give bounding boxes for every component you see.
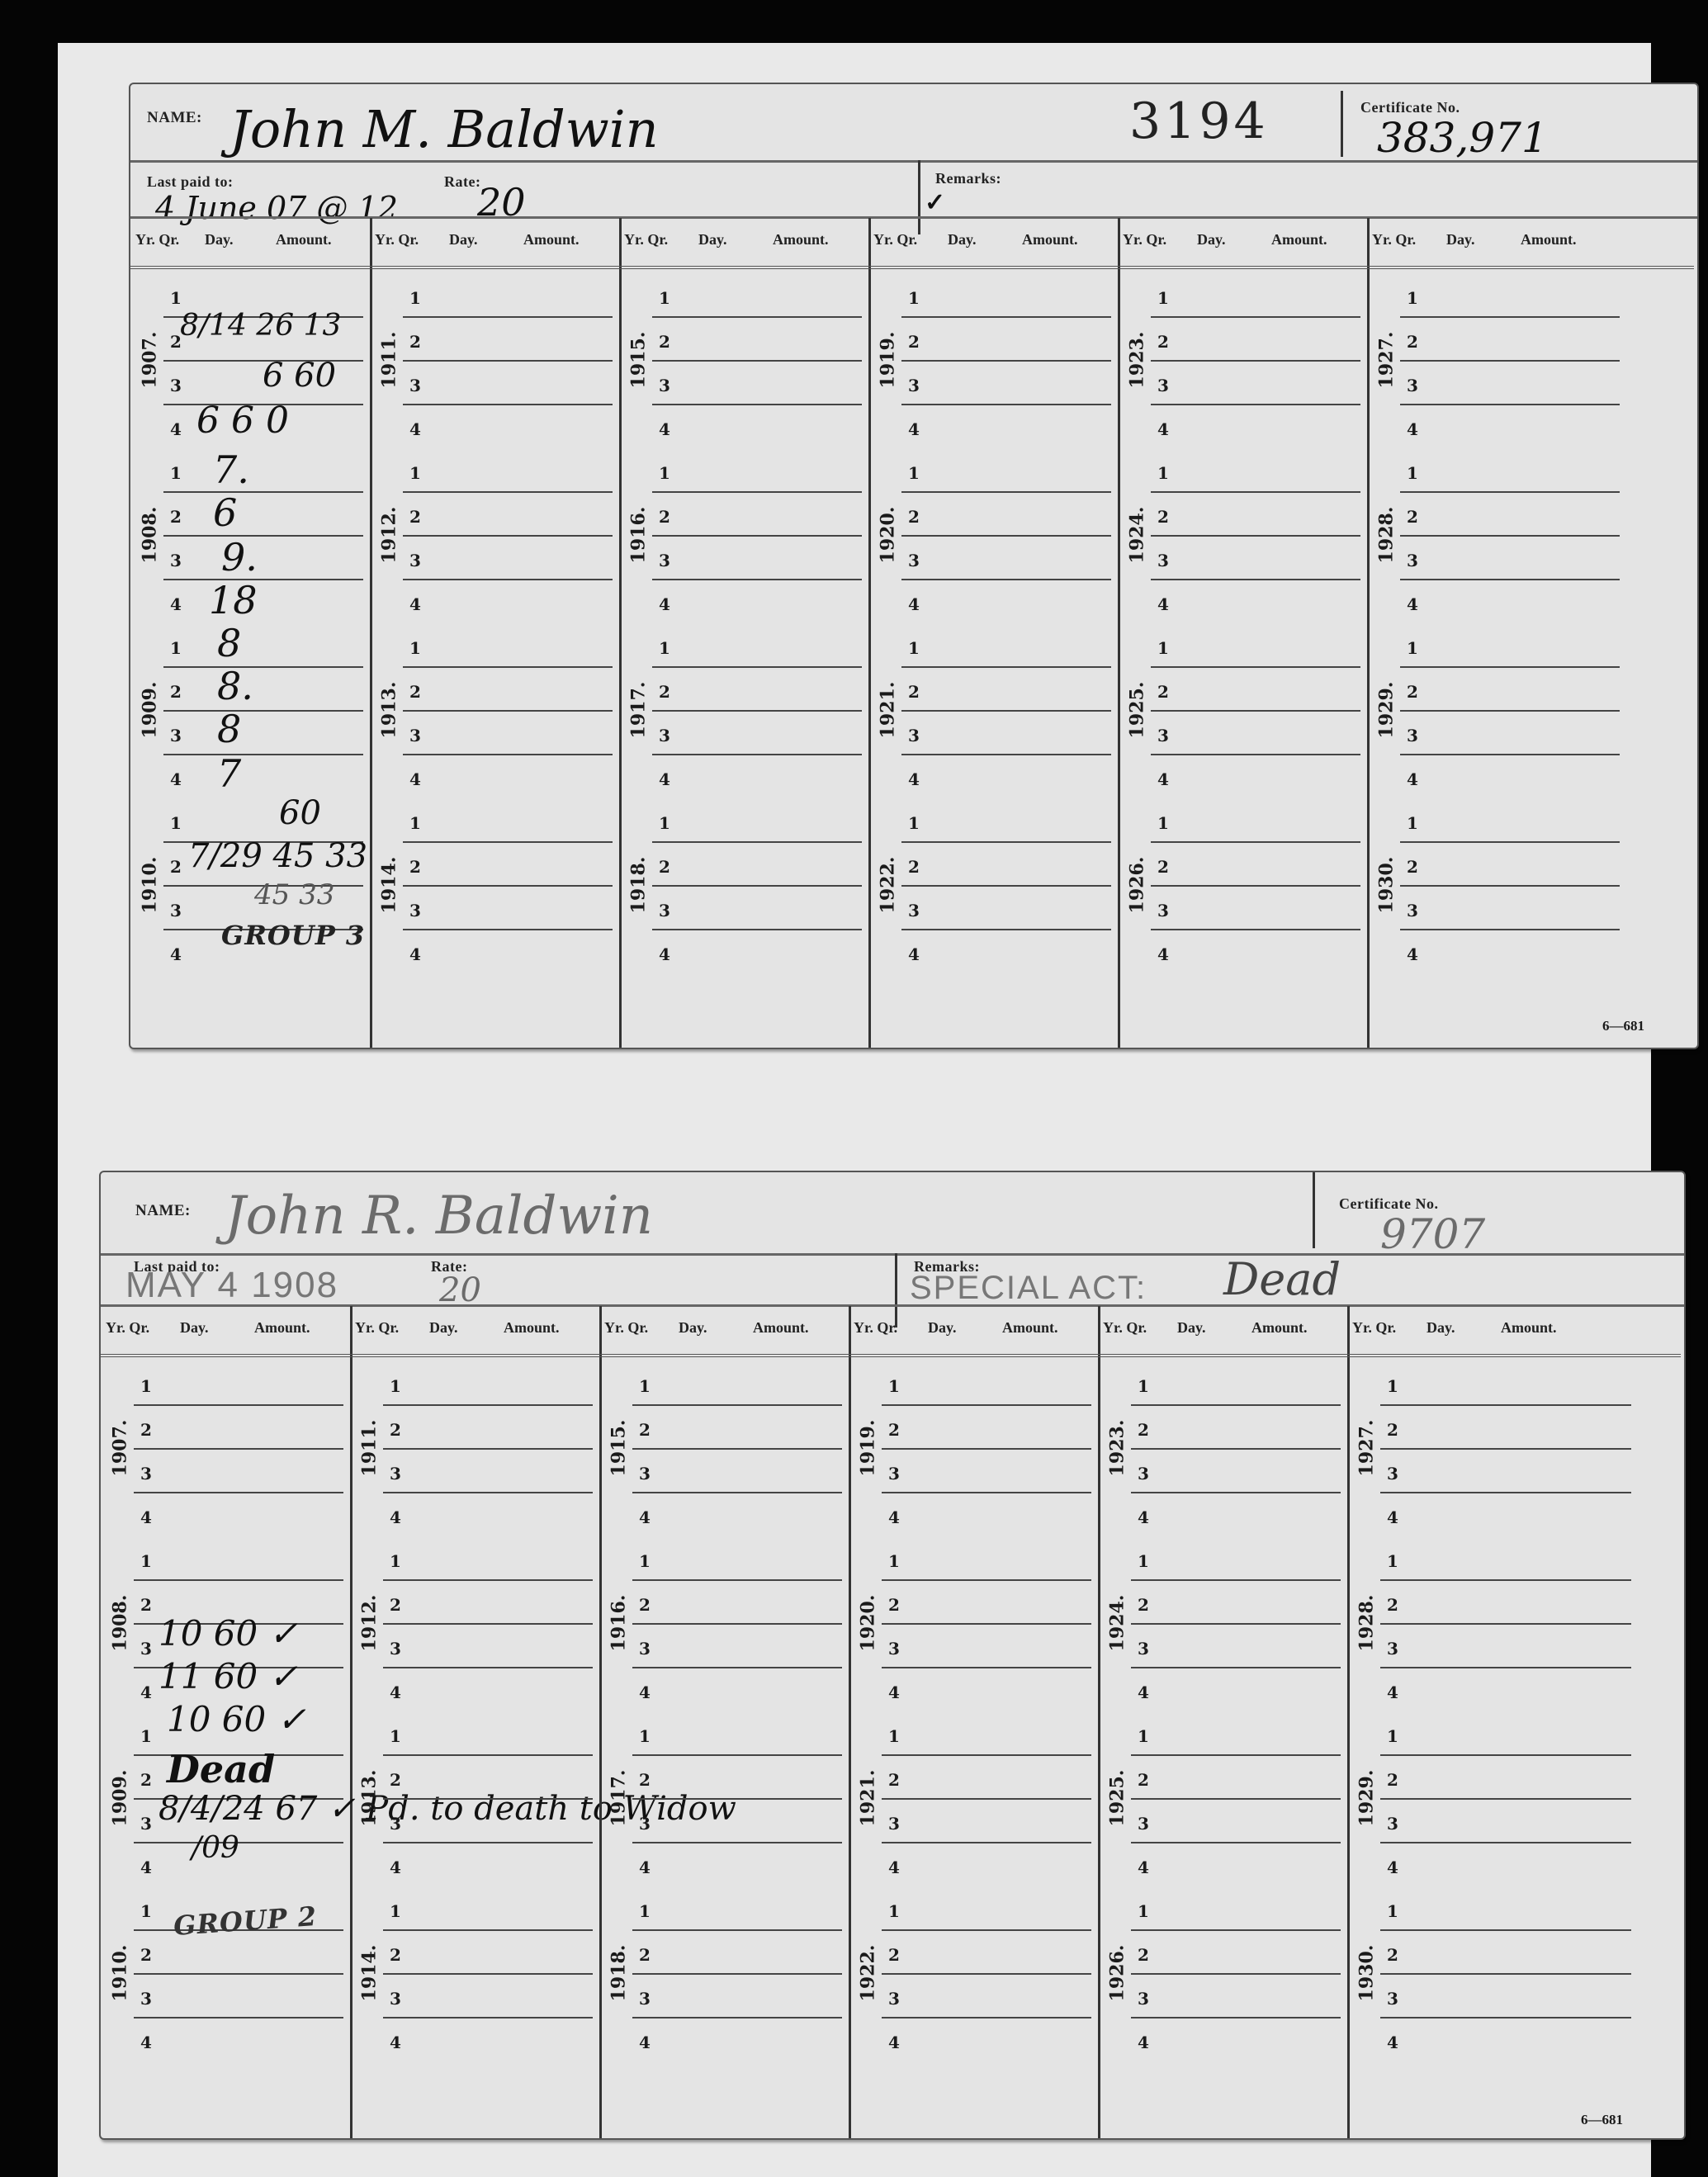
- year-group: 1928. 1234: [1367, 447, 1694, 622]
- quarter-number: 1: [390, 1376, 401, 1396]
- quarter-row: 3: [383, 1973, 593, 2018]
- year-label: 1909.: [137, 622, 162, 797]
- quarter-number: 2: [390, 1945, 401, 1965]
- quarter-row: 4: [901, 404, 1111, 447]
- quarter-row: 1: [1400, 797, 1620, 843]
- quarter-number: 1: [1407, 638, 1418, 658]
- quarter-row: 3: [1151, 360, 1360, 405]
- quarter-number: 1: [888, 1376, 900, 1396]
- quarter-row: 4: [1131, 1492, 1341, 1536]
- column-header: Yr. Qr.Day.Amount.: [350, 1306, 599, 1357]
- quarter-number: 4: [908, 769, 920, 789]
- quarter-number: 3: [1407, 551, 1418, 570]
- quarter-number: 3: [1387, 1639, 1398, 1659]
- name-label: NAME:: [147, 109, 202, 127]
- quarter-row: 3: [1151, 535, 1360, 580]
- quarter-row: 4: [1131, 1842, 1341, 1886]
- quarter-row: 2: [901, 666, 1111, 712]
- year-label: 1916.: [606, 1536, 631, 1711]
- payment-entry: 7/29 45 33: [188, 837, 367, 875]
- quarter-row: 1: [632, 1361, 842, 1406]
- quarter-number: 4: [170, 944, 182, 964]
- quarter-number: 4: [1157, 944, 1169, 964]
- quarter-row: 1: [1400, 447, 1620, 493]
- column-header-label: Yr. Qr.: [873, 231, 917, 248]
- quarter-row: 1: [901, 272, 1111, 318]
- quarter-row: 2: [383, 1404, 593, 1450]
- year-group: 1928. 1234: [1347, 1536, 1681, 1711]
- year-group: 1930. 1234: [1347, 1886, 1681, 2061]
- quarter-number: 2: [1138, 1595, 1149, 1615]
- quarter-number: 4: [1157, 419, 1169, 439]
- quarter-number: 4: [1387, 2033, 1398, 2052]
- quarter-row: 4: [632, 1842, 842, 1886]
- quarter-number: 4: [140, 1507, 152, 1527]
- quarter-row: 1: [403, 797, 613, 843]
- quarter-number: 3: [908, 726, 920, 745]
- quarter-number: 4: [140, 2033, 152, 2052]
- quarter-number: 3: [908, 901, 920, 920]
- quarter-row: 2: [403, 841, 613, 887]
- quarter-row: 4: [901, 754, 1111, 797]
- quarter-row: 4: [403, 929, 613, 973]
- quarter-number: 1: [1387, 1376, 1398, 1396]
- quarter-number: 4: [409, 944, 421, 964]
- quarter-number: 1: [888, 1901, 900, 1921]
- column-header: Yr. Qr.Day.Amount.: [599, 1306, 849, 1357]
- quarter-number: 2: [1157, 682, 1169, 702]
- remarks-label: Remarks:: [935, 170, 1001, 187]
- year-text: 1914.: [378, 857, 400, 914]
- quarter-number: 3: [1407, 376, 1418, 395]
- quarter-number: 1: [1387, 1726, 1398, 1746]
- year-text: 1919.: [857, 1420, 878, 1477]
- column-header-label: Yr. Qr.: [375, 231, 419, 248]
- year-block-1927-1930: Yr. Qr.Day.Amount. 1927. 1234 1928. 1234…: [1367, 218, 1694, 1048]
- quarter-row: 1: [901, 447, 1111, 493]
- year-group: 1923. 1234: [1098, 1361, 1347, 1536]
- quarter-number: 2: [888, 1420, 900, 1440]
- quarter-row: 2: [163, 666, 363, 712]
- quarter-number: 3: [390, 1464, 401, 1484]
- year-group: 1914. 1234: [370, 797, 619, 973]
- year-text: 1925.: [1126, 682, 1147, 739]
- quarter-row: 3: [1151, 710, 1360, 755]
- quarter-number: 4: [409, 769, 421, 789]
- quarter-row: 2: [652, 666, 862, 712]
- quarter-number: 1: [140, 1726, 152, 1746]
- column-header-label: Yr. Qr.: [1352, 1319, 1396, 1337]
- year-label: 1920.: [875, 447, 900, 622]
- year-label: 1925.: [1124, 622, 1149, 797]
- quarter-number: 3: [1387, 1989, 1398, 2009]
- year-group: 1913. 1234: [350, 1711, 599, 1886]
- quarter-number: 3: [888, 1814, 900, 1834]
- quarter-number: 1: [390, 1726, 401, 1746]
- quarter-number: 2: [908, 857, 920, 877]
- quarter-number: 2: [409, 857, 421, 877]
- year-text: 1914.: [358, 1945, 380, 2002]
- year-text: 1908.: [109, 1595, 130, 1652]
- quarter-row: 3: [632, 1798, 842, 1843]
- quarter-row: 4: [652, 754, 862, 797]
- quarter-number: 1: [639, 1551, 651, 1571]
- quarter-number: 3: [1138, 1464, 1149, 1484]
- quarter-row: 1: [1151, 447, 1360, 493]
- quarter-number: 2: [1387, 1770, 1398, 1790]
- rate-label: Rate:: [444, 173, 480, 191]
- payment-grid: Yr. Qr.Day.Amount. 1907. 1234 1908. 1234…: [101, 1306, 1684, 2138]
- divider: [101, 1253, 1684, 1256]
- year-label: 1930.: [1374, 797, 1398, 973]
- quarter-row: 1: [1380, 1536, 1631, 1581]
- year-group: 1918. 1234: [599, 1886, 849, 2061]
- quarter-number: 4: [1407, 769, 1418, 789]
- year-group: 1924. 1234: [1098, 1536, 1347, 1711]
- quarter-number: 1: [908, 288, 920, 308]
- quarter-row: 4: [632, 1667, 842, 1711]
- year-text: 1912.: [358, 1595, 380, 1652]
- column-header-label: Day.: [1177, 1319, 1206, 1337]
- column-header-label: Amount.: [1002, 1319, 1058, 1337]
- quarter-number: 1: [170, 813, 182, 833]
- quarter-number: 3: [170, 726, 182, 745]
- payment-entry: 10 60 ✓: [167, 1699, 306, 1739]
- quarter-number: 4: [1138, 1507, 1149, 1527]
- quarter-number: 3: [390, 1814, 401, 1834]
- quarter-number: 2: [140, 1595, 152, 1615]
- quarter-number: 4: [908, 419, 920, 439]
- quarter-row: 4: [134, 2017, 343, 2061]
- year-label: 1913.: [357, 1711, 381, 1886]
- year-group: 1916. 1234: [599, 1536, 849, 1711]
- quarter-number: 4: [1138, 1858, 1149, 1877]
- year-group: 1918. 1234: [619, 797, 868, 973]
- quarter-number: 3: [409, 376, 421, 395]
- year-block-1907-1910: Yr. Qr. Day. Amount. 1907. 1 2 3 4 1908.…: [130, 218, 372, 1048]
- quarter-number: 1: [639, 1901, 651, 1921]
- quarter-row: 3: [383, 1798, 593, 1843]
- payment-entry-dead: Dead: [167, 1747, 275, 1791]
- year-group: 1919. 1234: [849, 1361, 1098, 1536]
- quarter-number: 4: [1138, 1682, 1149, 1702]
- year-group: 1915. 1234: [619, 272, 868, 447]
- year-text: 1929.: [1375, 682, 1397, 739]
- year-block-1923-1926: Yr. Qr.Day.Amount. 1923. 1234 1924. 1234…: [1098, 1306, 1350, 2138]
- quarter-row: 3: [901, 360, 1111, 405]
- quarter-row: 1: [882, 1361, 1091, 1406]
- quarter-row: 2: [1151, 841, 1360, 887]
- year-text: 1930.: [1356, 1945, 1377, 2002]
- quarter-row: 2: [403, 491, 613, 537]
- quarter-row: 4: [383, 1667, 593, 1711]
- year-label: 1915.: [626, 272, 651, 447]
- quarter-row: 4: [652, 929, 862, 973]
- quarter-row: 4: [882, 1492, 1091, 1536]
- year-label: 1921.: [855, 1711, 880, 1886]
- quarter-row: 2: [134, 1404, 343, 1450]
- quarter-number: 2: [908, 332, 920, 352]
- column-header-label: Amount.: [1022, 231, 1078, 248]
- quarter-number: 4: [1387, 1682, 1398, 1702]
- column-header: Yr. Qr.Day.Amount.: [1347, 1306, 1681, 1357]
- quarter-row: 4: [1380, 1842, 1674, 1886]
- year-text: 1929.: [1356, 1770, 1377, 1827]
- quarter-number: 3: [639, 1814, 651, 1834]
- quarter-number: 3: [409, 726, 421, 745]
- quarter-number: 2: [390, 1595, 401, 1615]
- quarter-number: 2: [888, 1770, 900, 1790]
- divider: [1313, 1172, 1315, 1248]
- pensioner-name: John M. Baldwin: [229, 99, 659, 159]
- quarter-row: 1: [1151, 797, 1360, 843]
- quarter-number: 4: [659, 769, 670, 789]
- year-text: 1928.: [1375, 507, 1397, 564]
- quarter-number: 1: [409, 288, 421, 308]
- quarter-row: 4: [882, 1667, 1091, 1711]
- year-text: 1919.: [877, 332, 898, 389]
- name-label: NAME:: [135, 1202, 191, 1220]
- quarter-row: 1: [652, 622, 862, 668]
- quarter-row: 4: [1400, 929, 1687, 973]
- quarter-row: 4: [163, 579, 363, 622]
- year-text: 1910.: [109, 1945, 130, 2002]
- quarter-row: 4: [632, 2017, 842, 2061]
- quarter-number: 4: [639, 1858, 651, 1877]
- quarter-row: 1: [652, 447, 862, 493]
- column-header-label: Amount.: [276, 231, 332, 248]
- year-block-1919-1922: Yr. Qr.Day.Amount. 1919. 1234 1920. 1234…: [849, 1306, 1100, 2138]
- quarter-row: 4: [163, 754, 363, 797]
- quarter-number: 3: [140, 1814, 152, 1834]
- year-group: 1927. 1234: [1347, 1361, 1681, 1536]
- quarter-number: 4: [390, 1507, 401, 1527]
- payment-entry: 6: [213, 490, 237, 535]
- quarter-row: 4: [901, 579, 1111, 622]
- year-group: 1911. 1234: [350, 1361, 599, 1536]
- year-group: 1913. 1234: [370, 622, 619, 797]
- year-text: 1924.: [1106, 1595, 1128, 1652]
- year-group: 1920. 1234: [868, 447, 1118, 622]
- year-label: 1921.: [875, 622, 900, 797]
- quarter-row: 3: [163, 535, 363, 580]
- column-header-label: Amount.: [254, 1319, 310, 1337]
- quarter-row: 4: [134, 1492, 343, 1536]
- quarter-row: 3: [1380, 1448, 1631, 1493]
- quarter-number: 4: [1387, 1507, 1398, 1527]
- quarter-number: 4: [1157, 594, 1169, 614]
- column-header-label: Amount.: [753, 1319, 809, 1337]
- quarter-number: 2: [1387, 1595, 1398, 1615]
- year-text: 1918.: [627, 857, 649, 914]
- quarter-row: 4: [1151, 579, 1360, 622]
- divider: [130, 160, 1697, 163]
- year-text: 1922.: [877, 857, 898, 914]
- quarter-number: 1: [1387, 1901, 1398, 1921]
- year-group: 1909. 1 2 3 4: [130, 622, 370, 797]
- column-header-label: Yr. Qr.: [1372, 231, 1416, 248]
- year-label: 1929.: [1374, 622, 1398, 797]
- quarter-row: 1: [1151, 622, 1360, 668]
- quarter-number: 3: [409, 551, 421, 570]
- quarter-row: 1: [163, 622, 363, 668]
- column-header-label: Day.: [429, 1319, 458, 1337]
- year-label: 1915.: [606, 1361, 631, 1536]
- year-group: 1912. 1234: [370, 447, 619, 622]
- year-group: 1911. 1234: [370, 272, 619, 447]
- quarter-row: 3: [1131, 1623, 1341, 1668]
- year-group: 1921. 1234: [868, 622, 1118, 797]
- quarter-row: 3: [1151, 885, 1360, 930]
- quarter-row: 2: [383, 1754, 593, 1800]
- quarter-row: 4: [901, 929, 1111, 973]
- quarter-number: 3: [659, 726, 670, 745]
- quarter-row: 3: [1380, 1798, 1631, 1843]
- quarter-number: 3: [908, 376, 920, 395]
- remarks-check-icon: ✓: [925, 188, 945, 217]
- quarter-number: 3: [170, 901, 182, 920]
- year-label: 1928.: [1374, 447, 1398, 622]
- quarter-number: 1: [639, 1726, 651, 1746]
- year-block-1923-1926: Yr. Qr.Day.Amount. 1923. 1234 1924. 1234…: [1118, 218, 1370, 1048]
- quarter-number: 3: [639, 1464, 651, 1484]
- quarter-number: 2: [639, 1770, 651, 1790]
- year-block-1915-1918: Yr. Qr.Day.Amount. 1915. 1234 1916. 1234…: [599, 1306, 851, 2138]
- quarter-row: 2: [163, 491, 363, 537]
- quarter-row: 4: [1380, 1492, 1674, 1536]
- quarter-number: 2: [1407, 682, 1418, 702]
- quarter-row: 2: [882, 1929, 1091, 1975]
- year-group: 1922. 1234: [868, 797, 1118, 973]
- quarter-row: 1: [632, 1886, 842, 1931]
- quarter-row: 1: [1380, 1361, 1631, 1406]
- quarter-number: 2: [908, 507, 920, 527]
- quarter-number: 1: [170, 288, 182, 308]
- year-label: 1927.: [1374, 272, 1398, 447]
- quarter-number: 2: [1138, 1770, 1149, 1790]
- quarter-row: 3: [163, 710, 363, 755]
- quarter-number: 1: [888, 1551, 900, 1571]
- year-text: 1915.: [627, 332, 649, 389]
- quarter-row: 3: [383, 1623, 593, 1668]
- quarter-number: 2: [409, 682, 421, 702]
- quarter-row: 4: [403, 754, 613, 797]
- quarter-row: 1: [882, 1886, 1091, 1931]
- quarter-number: 1: [1138, 1726, 1149, 1746]
- quarter-number: 2: [140, 1420, 152, 1440]
- year-label: 1910.: [137, 797, 162, 973]
- quarter-row: 2: [1400, 491, 1620, 537]
- quarter-row: 4: [882, 2017, 1091, 2061]
- year-group: 1929. 1234: [1347, 1711, 1681, 1886]
- quarter-number: 4: [908, 944, 920, 964]
- quarter-number: 4: [1157, 769, 1169, 789]
- quarter-row: 2: [403, 666, 613, 712]
- quarter-number: 4: [390, 1682, 401, 1702]
- quarter-row: 2: [1151, 666, 1360, 712]
- payment-entry: 10 60 ✓: [158, 1613, 298, 1654]
- quarter-row: 1: [383, 1886, 593, 1931]
- column-header: Yr. Qr.Day.Amount.: [1367, 218, 1694, 269]
- quarter-row: 1: [1400, 622, 1620, 668]
- quarter-row: 3: [901, 885, 1111, 930]
- quarter-number: 3: [888, 1639, 900, 1659]
- quarter-number: 4: [908, 594, 920, 614]
- quarter-number: 1: [639, 1376, 651, 1396]
- quarter-number: 4: [409, 594, 421, 614]
- quarter-number: 3: [1157, 901, 1169, 920]
- quarter-number: 1: [659, 463, 670, 483]
- year-group: 1923. 1234: [1118, 272, 1367, 447]
- quarter-number: 2: [888, 1945, 900, 1965]
- quarter-number: 4: [1407, 594, 1418, 614]
- quarter-number: 3: [1407, 901, 1418, 920]
- quarter-row: 3: [1400, 535, 1620, 580]
- quarter-number: 4: [639, 2033, 651, 2052]
- quarter-number: 1: [1138, 1376, 1149, 1396]
- certificate-number: 9707: [1380, 1210, 1485, 1258]
- quarter-row: 2: [632, 1579, 842, 1625]
- column-header-label: Yr. Qr.: [135, 231, 179, 248]
- year-text: 1907.: [109, 1420, 130, 1477]
- quarter-number: 2: [659, 682, 670, 702]
- quarter-row: 2: [403, 316, 613, 362]
- year-label: 1917.: [606, 1711, 631, 1886]
- year-text: 1927.: [1375, 332, 1397, 389]
- quarter-number: 2: [409, 332, 421, 352]
- column-header: Yr. Qr.Day.Amount.: [868, 218, 1118, 269]
- quarter-row: 4: [1400, 404, 1687, 447]
- quarter-row: 1: [1131, 1361, 1341, 1406]
- quarter-row: 1: [901, 797, 1111, 843]
- remarks-dead: Dead: [1223, 1253, 1341, 1305]
- payment-entry: 9.: [221, 535, 258, 580]
- year-block-1907-1910: Yr. Qr.Day.Amount. 1907. 1234 1908. 1234…: [101, 1306, 352, 2138]
- quarter-row: 1: [134, 1361, 343, 1406]
- column-header: Yr. Qr.Day.Amount.: [1098, 1306, 1347, 1357]
- year-group: 1912. 1234: [350, 1536, 599, 1711]
- year-group: 1920. 1234: [849, 1536, 1098, 1711]
- year-text: 1920.: [857, 1595, 878, 1652]
- year-block-1911-1914: Yr. Qr.Day.Amount. 1911. 1234 1912. 1234…: [350, 1306, 602, 2138]
- quarter-row: 1: [1380, 1886, 1631, 1931]
- quarter-number: 2: [1387, 1420, 1398, 1440]
- quarter-row: 3: [403, 885, 613, 930]
- quarter-row: 1: [632, 1711, 842, 1756]
- year-group: 1929. 1234: [1367, 622, 1694, 797]
- quarter-number: 2: [639, 1595, 651, 1615]
- quarter-number: 1: [390, 1901, 401, 1921]
- last-paid-stamp: MAY 4 1908: [125, 1265, 338, 1306]
- year-text: 1916.: [627, 507, 649, 564]
- quarter-row: 4: [403, 579, 613, 622]
- quarter-row: 1: [383, 1361, 593, 1406]
- quarter-row: 3: [383, 1448, 593, 1493]
- quarter-number: 4: [1407, 944, 1418, 964]
- quarter-number: 2: [1138, 1945, 1149, 1965]
- year-group: 1915. 1234: [599, 1361, 849, 1536]
- year-group: 1917. 1234: [619, 622, 868, 797]
- quarter-row: 1: [1380, 1711, 1631, 1756]
- quarter-number: 3: [170, 376, 182, 395]
- quarter-row: 2: [383, 1929, 593, 1975]
- year-text: 1916.: [608, 1595, 629, 1652]
- year-group: 1917. 1234: [599, 1711, 849, 1886]
- quarter-row: 4: [383, 2017, 593, 2061]
- quarter-number: 1: [1387, 1551, 1398, 1571]
- remarks-special-act-stamp: SPECIAL ACT:: [910, 1270, 1147, 1307]
- column-header: Yr. Qr. Day. Amount.: [370, 218, 619, 269]
